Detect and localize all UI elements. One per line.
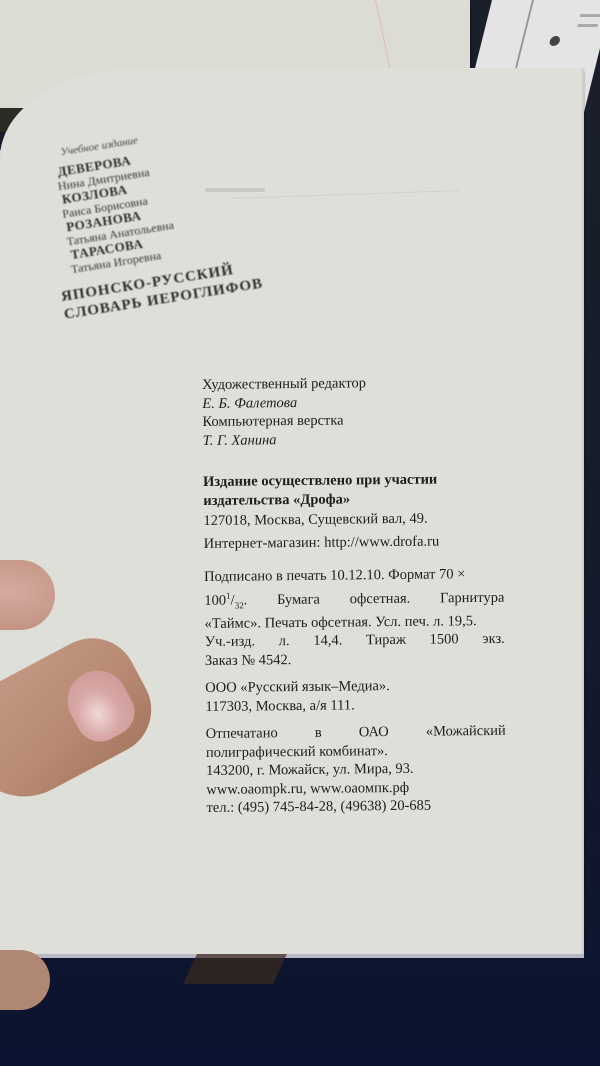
printer-line: Отпечатано в ОАО «Можайский bbox=[206, 722, 506, 744]
printer-phones: тел.: (495) 745-84-28, (49638) 20-685 bbox=[206, 796, 506, 818]
print-details: Подписано в печать 10.12.10. Формат 70 ×… bbox=[204, 565, 505, 670]
publisher-note-shop: Интернет-магазин: http://www.drofa.ru bbox=[204, 531, 504, 553]
credits: Художественный редактор Е. Б. Фалетова К… bbox=[202, 373, 503, 450]
print-details-line: Заказ № 4542. bbox=[205, 649, 505, 671]
publisher-note-line: издательства «Дрофа» bbox=[203, 488, 503, 510]
format-base: 100 bbox=[204, 592, 226, 608]
page-shadow bbox=[183, 954, 287, 984]
format-sub: 32 bbox=[235, 600, 244, 610]
punch-hole bbox=[549, 36, 561, 46]
publisher: ООО «Русский язык–Медиа». 117303, Москва… bbox=[205, 676, 505, 716]
print-details-line: Уч.-изд. л. 14,4. Тираж 1500 экз. bbox=[205, 630, 505, 652]
notebook-margin-line bbox=[375, 0, 393, 78]
print-details-line: 1001/32. Бумага офсетная. Гарнитура bbox=[204, 583, 504, 614]
paper-tick bbox=[580, 14, 600, 17]
publisher-address: 117303, Москва, а/я 111. bbox=[205, 695, 505, 717]
layout-name: Т. Г. Ханина bbox=[203, 428, 503, 450]
paper-tick bbox=[577, 24, 598, 27]
publisher-note-address: 127018, Москва, Сущевский вал, 49. bbox=[203, 509, 503, 531]
imprint-block: Художественный редактор Е. Б. Фалетова К… bbox=[202, 373, 507, 827]
publisher-note: Издание осуществлено при участии издател… bbox=[203, 470, 504, 553]
format-sup: 1 bbox=[226, 590, 231, 600]
print-details-line-rest: . Бумага офсетная. Гарнитура bbox=[244, 589, 505, 608]
print-details-line: Подписано в печать 10.12.10. Формат 70 × bbox=[204, 565, 504, 587]
printer: Отпечатано в ОАО «Можайский полиграфичес… bbox=[206, 722, 507, 818]
